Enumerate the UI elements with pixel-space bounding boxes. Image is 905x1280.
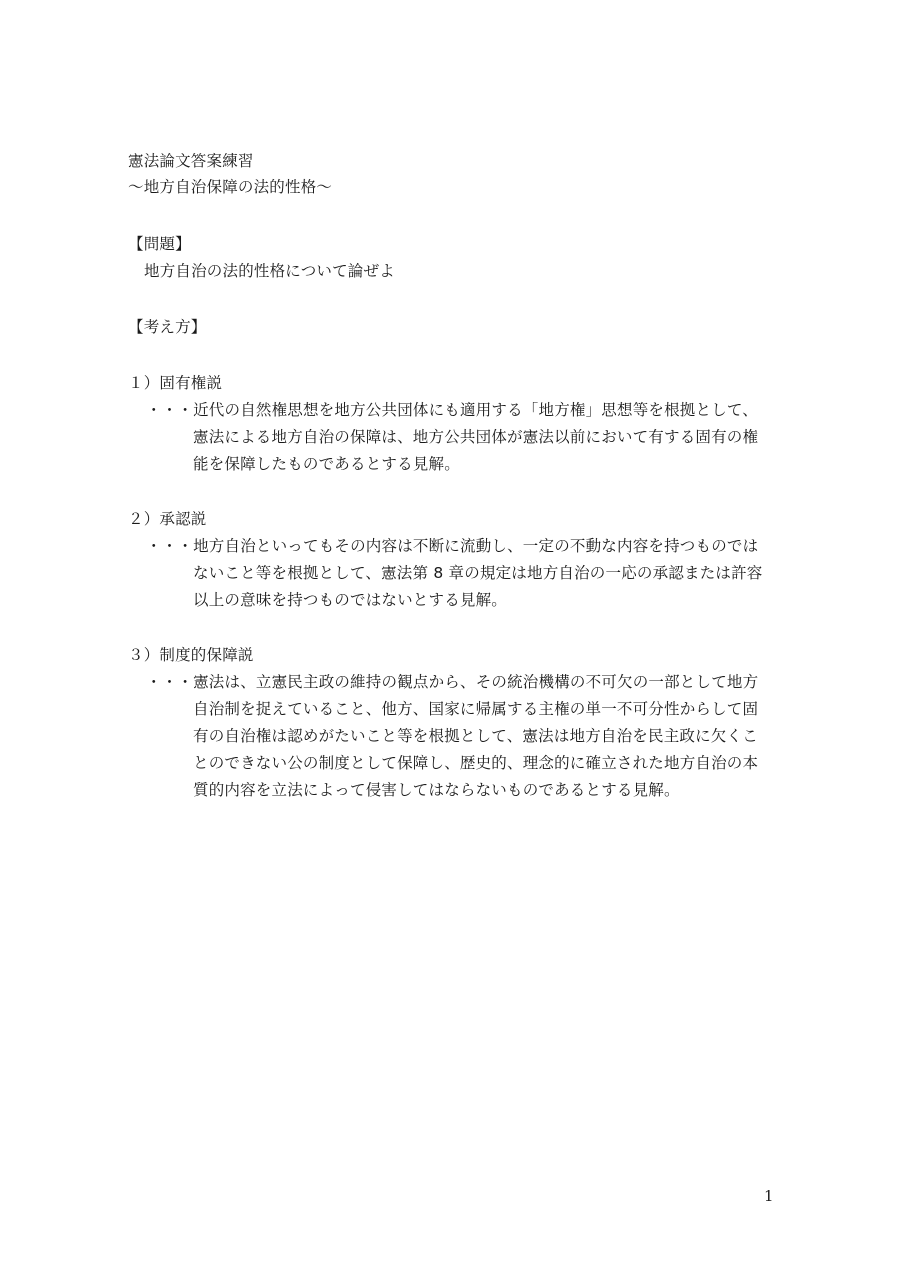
section-heading-institutional-guarantee: ３）制度的保障説 (128, 645, 254, 665)
document-subtitle: ～地方自治保障の法的性格～ (128, 177, 332, 197)
section-body-line: ・・・憲法は、立憲民主政の維持の観点から、その統治機構の不可欠の一部として地方 (146, 672, 758, 692)
section-body-line: ないこと等を根拠として、憲法第 8 章の規定は地方自治の一応の承認または許容 (193, 563, 763, 583)
section-body-line: 憲法による地方自治の保障は、地方公共団体が憲法以前において有する固有の権 (193, 427, 758, 447)
section-body-line: ・・・地方自治といってもその内容は不断に流動し、一定の不動な内容を持つものでは (146, 536, 758, 556)
section-body-line: 以上の意味を持つものではないとする見解。 (193, 590, 507, 610)
section-body-line: ・・・近代の自然権思想を地方公共団体にも適用する「地方権」思想等を根拠として、 (146, 400, 758, 420)
document-page: 憲法論文答案練習 ～地方自治保障の法的性格～ 【問題】 地方自治の法的性格につい… (0, 0, 905, 1280)
document-title: 憲法論文答案練習 (128, 151, 254, 171)
problem-text: 地方自治の法的性格について論ぜよ (144, 261, 395, 281)
section-body-line: とのできない公の制度として保障し、歴史的、理念的に確立された地方自治の本 (193, 753, 758, 773)
approach-heading: 【考え方】 (128, 317, 207, 337)
page-number: 1 (764, 1187, 774, 1205)
section-body-line: 自治制を捉えていること、他方、国家に帰属する主権の単一不可分性からして固 (193, 699, 758, 719)
section-heading-inherent-right: １）固有権説 (128, 373, 222, 393)
section-body-line: 質的内容を立法によって侵害してはならないものであるとする見解。 (193, 780, 680, 800)
section-heading-approval: ２）承認説 (128, 509, 207, 529)
section-body-line: 有の自治権は認めがたいこと等を根拠として、憲法は地方自治を民主政に欠くこ (193, 726, 758, 746)
section-body-line: 能を保障したものであるとする見解。 (193, 454, 460, 474)
problem-heading: 【問題】 (128, 234, 191, 254)
